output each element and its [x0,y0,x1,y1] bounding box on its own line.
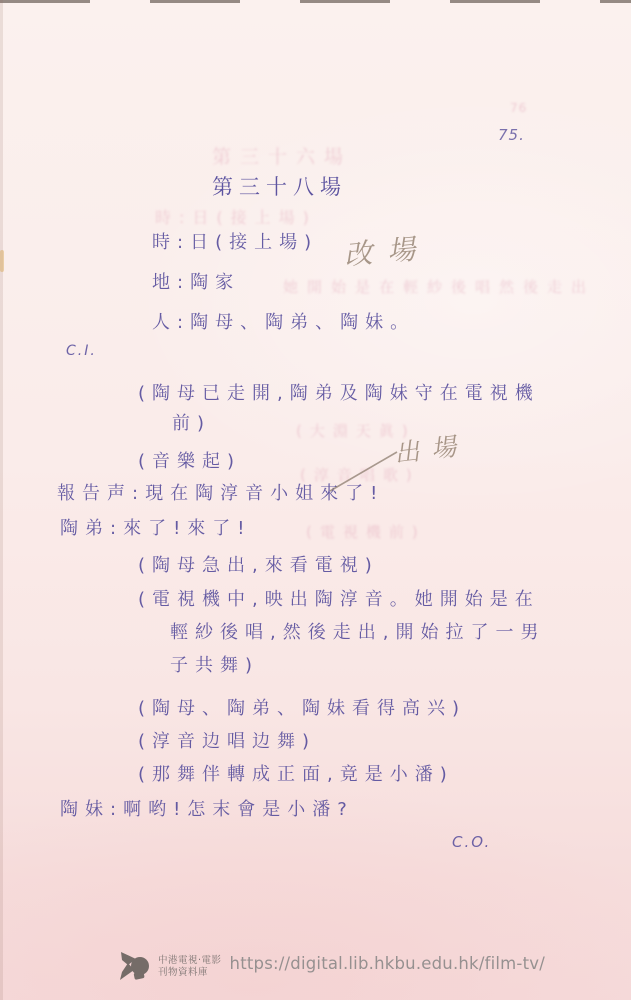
action-line: (陶母已走開,陶弟及陶妹守在電視機 [138,379,540,405]
action-line: 子共舞) [170,651,259,677]
pencil-annotation-enter-cue: 出場 [392,426,470,471]
action-line: (淳音边唱边舞) [138,727,316,753]
archive-watermark: 中港電視·電影 刊物資料庫 https://digital.lib.hkbu.e… [118,950,545,986]
page-number: 75. [498,126,525,144]
ghost-bleed-text: 她開始是在輕紗後唱然後走出 [283,276,595,297]
cue-out-marker: C.O. [452,833,491,851]
action-line: 輕紗後唱,然後走出,開始拉了一男 [170,618,545,644]
cue-in-marker: C.I. [66,343,97,359]
scan-edge-streak [0,250,4,272]
scan-edge-top [0,0,631,3]
action-line: (音樂起) [138,447,241,473]
ghost-bleed-text: 時:日(接上場) [155,205,317,228]
dialogue-line: 陶妹:啊哟!怎末會是小潘? [60,795,354,821]
archive-name-line1: 中港電視·電影 [158,955,222,967]
archive-name-line2: 刊物資料庫 [158,967,222,979]
scan-edge-left [0,0,3,1000]
film-camera-icon [118,950,154,986]
pencil-annotation-change-scene: 改場 [342,226,431,273]
scene-title: 第三十八場 [212,171,347,201]
scanned-script-page: 76 第三十六場 時:日(接上場) 她開始是在輕紗後唱然後走出 (大淵天眞) (… [0,0,631,1000]
archive-name: 中港電視·電影 刊物資料庫 [158,955,222,979]
action-line: (陶母、陶弟、陶妹看得高兴) [138,694,466,720]
dialogue-line: 陶弟:來了!來了! [60,514,252,540]
scene-meta-time: 時:日(接上場) [152,228,318,254]
action-line: (那舞伴轉成正面,竟是小潘) [138,760,454,786]
ghost-bleed-page-number: 76 [510,101,527,115]
action-line: 前) [172,409,211,435]
scene-meta-cast: 人:陶母、陶弟、陶妹。 [152,308,415,334]
archive-url: https://digital.lib.hkbu.edu.hk/film-tv/ [230,954,545,973]
action-line: (電視機中,映出陶淳音。她開始是在 [138,585,540,611]
ghost-bleed-text: (電視機前) [306,521,426,542]
ghost-bleed-prev-scene-title: 第三十六場 [212,142,352,169]
scene-meta-place: 地:陶家 [152,268,240,294]
action-line: (陶母急出,來看電視) [138,551,379,577]
dialogue-line: 報告声:現在陶淳音小姐來了! [57,479,384,505]
